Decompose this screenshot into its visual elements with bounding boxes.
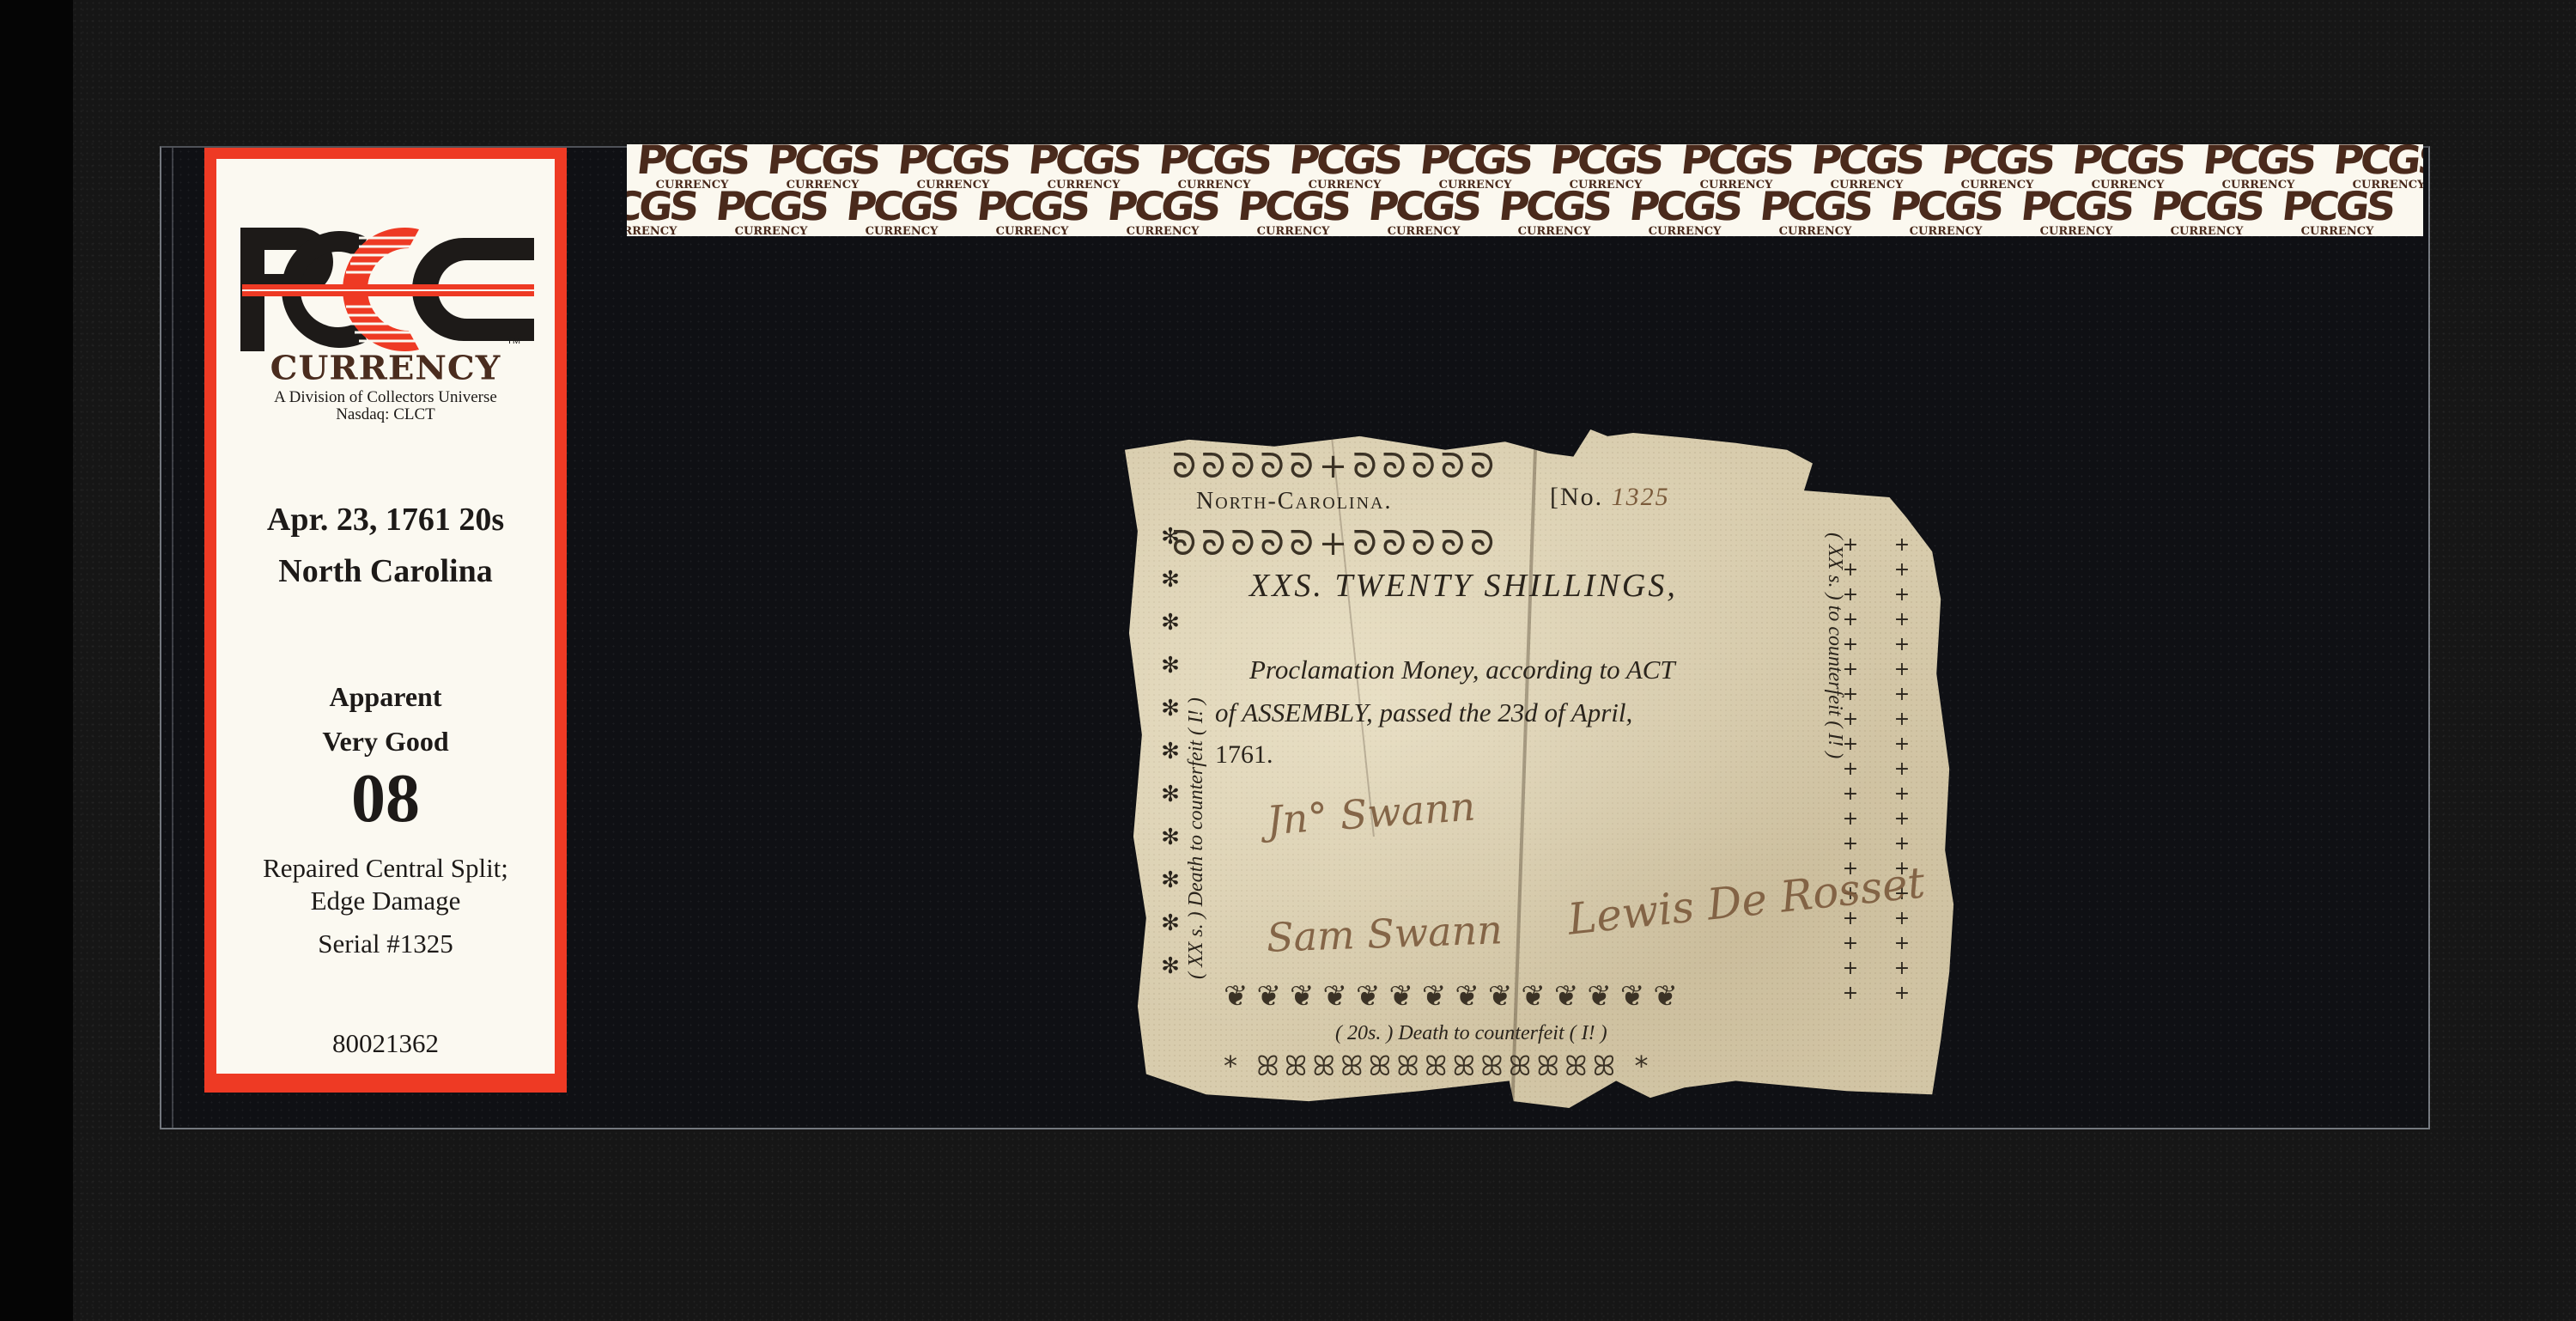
strip-logo-tile: PCGSCURRENCY — [2272, 186, 2403, 236]
strip-logo-tile: PCGSCURRENCY — [706, 186, 836, 236]
pcgs-mini-logo-icon: PCGS — [1875, 186, 2017, 227]
grade-qualifier: Apparent — [216, 681, 555, 713]
pcgs-mini-logo-icon: PCGS — [1796, 144, 1938, 180]
pcgs-mini-logo-icon: PCGS — [883, 144, 1024, 180]
strip-logo-tile: PCGSCURRENCY — [2011, 186, 2142, 236]
pcgs-mini-logo-icon: PCGS — [627, 144, 762, 180]
right-vertical-legend: ( XX s. ) to counterfeit ( I! ) — [1823, 533, 1846, 758]
left-vertical-legend: ( XX s. ) Death to counterfeit ( I! ) — [1185, 697, 1208, 979]
note-denomination: XXS. TWENTY SHILLINGS, — [1249, 567, 1678, 605]
strip-logo-tile: PCGSCURRENCY — [2142, 186, 2272, 236]
note-date-denomination: Apr. 23, 1761 20s — [216, 501, 555, 539]
strip-logo-tile: PCGSCURRENCY — [836, 186, 967, 236]
pcgs-logo-icon — [239, 226, 536, 353]
strip-logo-tile: PCGSCURRENCY — [1097, 186, 1228, 236]
pcgs-mini-logo-icon: PCGS — [2006, 186, 2148, 227]
pcgs-mini-logo-icon: PCGS — [1666, 144, 1807, 180]
scan-edge-shadow — [0, 0, 73, 1321]
pcgs-mini-logo-icon: PCGS — [1353, 186, 1495, 227]
pcgs-mini-logo-icon: PCGS — [627, 186, 711, 227]
pcgs-mini-logo-icon: PCGS — [2188, 144, 2330, 180]
strip-logo-tile: PCGSCURRENCY — [1880, 186, 2011, 236]
pcgs-mini-logo-icon: PCGS — [831, 186, 973, 227]
cert-number: 80021362 — [216, 1028, 555, 1059]
trademark-mark: TM — [507, 336, 520, 346]
note-number-value: 1325 — [1612, 483, 1670, 511]
ticker-line: Nasdaq: CLCT — [216, 406, 555, 423]
note-text-line-2: of ASSEMBLY, passed the 23d of April, — [1215, 697, 1632, 728]
pcgs-mini-logo-icon: PCGS — [2057, 144, 2199, 180]
grade-number: 08 — [216, 760, 555, 837]
comment-line-1: Repaired Central Split; — [216, 853, 555, 884]
pcgs-mini-logo-icon: PCGS — [1092, 186, 1234, 227]
pcgs-mini-logo-icon: PCGS — [1484, 186, 1625, 227]
pcgs-mini-logo-icon: PCGS — [2318, 144, 2423, 180]
pcgs-mini-logo-icon: PCGS — [1144, 144, 1285, 180]
second-ornament-row: ᘐᘐᘐᘐᘐ+ᘐᘐᘐᘐᘐ — [1172, 524, 1499, 563]
pcgs-mini-logo-icon: PCGS — [962, 186, 1103, 227]
note-text-line-1: Proclamation Money, according to ACT — [1249, 654, 1675, 685]
note-year: 1761. — [1215, 740, 1273, 770]
pcgs-mini-logo-icon: PCGS — [1274, 144, 1416, 180]
pcgs-mini-logo-icon: PCGS — [1405, 144, 1546, 180]
pcgs-mini-logo-icon: PCGS — [1535, 144, 1677, 180]
pcgs-mini-logo-icon: PCGS — [1013, 144, 1155, 180]
comment-line-2: Edge Damage — [216, 886, 555, 916]
holder-edge-line — [172, 148, 173, 1128]
strip-row-2: PCGSCURRENCYPCGSCURRENCYPCGSCURRENCYPCGS… — [627, 186, 2403, 236]
pcgs-mini-logo-icon: PCGS — [1223, 186, 1364, 227]
pcgs-mini-logo-icon: PCGS — [701, 186, 842, 227]
strip-logo-tile: PCGSCURRENCY — [1228, 186, 1358, 236]
pcgs-mini-logo-icon: PCGS — [752, 144, 894, 180]
pcgs-mini-logo-icon: PCGS — [1927, 144, 2069, 180]
bottom-ornament-row: * ꕤꕤꕤꕤꕤꕤꕤꕤꕤꕤꕤꕤꕤ * — [1224, 1050, 1653, 1083]
cross-border-column-outer: + + + + + + + + + + + + + + + + + + + — [1893, 533, 1911, 1006]
currency-wordmark: CURRENCY — [216, 349, 555, 387]
strip-logo-tile: PCGSCURRENCY — [1619, 186, 1750, 236]
signature-3: Lewis De Rosset — [1565, 857, 1927, 944]
banknote: ✻ ✻ ✻ ✻ ✻ ✻ ✻ ✻ ✻ ✻ ✻ + + + + + + + + + … — [1121, 429, 1975, 1108]
pcgs-security-strip: PCGSCURRENCYPCGSCURRENCYPCGSCURRENCYPCGS… — [627, 144, 2423, 236]
strip-logo-tile: PCGSCURRENCY — [1489, 186, 1619, 236]
bottom-legend: ( 20s. ) Death to counterfeit ( I! ) — [1335, 1022, 1607, 1045]
division-line: A Division of Collectors Universe — [216, 389, 555, 406]
note-number-label: [No. — [1550, 483, 1603, 511]
strip-logo-tile: PCGSCURRENCY — [967, 186, 1097, 236]
strip-logo-tile: PCGSCURRENCY — [627, 186, 706, 236]
pcgs-mini-logo-icon: PCGS — [2136, 186, 2278, 227]
signature-2: Sam Swann — [1266, 906, 1503, 961]
strip-logo-tile: PCGSCURRENCY — [1750, 186, 1880, 236]
grading-label-inner: TM CURRENCY A Division of Collectors Uni… — [216, 159, 555, 1074]
grade-name: Very Good — [216, 726, 555, 758]
pcgs-mini-logo-icon: PCGS — [1745, 186, 1886, 227]
signature-1: Jn° Swann — [1265, 783, 1476, 844]
top-ornament-row: ᘐᘐᘐᘐᘐ+ᘐᘐᘐᘐᘐ — [1172, 447, 1499, 486]
star-border-column: ✻ ✻ ✻ ✻ ✻ ✻ ✻ ✻ ✻ ✻ ✻ — [1160, 515, 1181, 988]
pcgs-mini-logo-icon: PCGS — [2267, 186, 2409, 227]
note-state-name: North-Carolina. — [1196, 488, 1392, 515]
pcgs-mini-logo-icon: PCGS — [1614, 186, 1756, 227]
note-issuer: North Carolina — [216, 552, 555, 590]
serial-number: Serial #1325 — [216, 928, 555, 959]
grading-label: TM CURRENCY A Division of Collectors Uni… — [204, 148, 567, 1093]
strip-logo-tile: PCGSCURRENCY — [1358, 186, 1489, 236]
note-number: [No. 1325 — [1550, 483, 1670, 512]
fleuron-row: ❦❦❦❦❦❦❦❦❦❦❦❦❦❦ — [1224, 979, 1686, 1014]
